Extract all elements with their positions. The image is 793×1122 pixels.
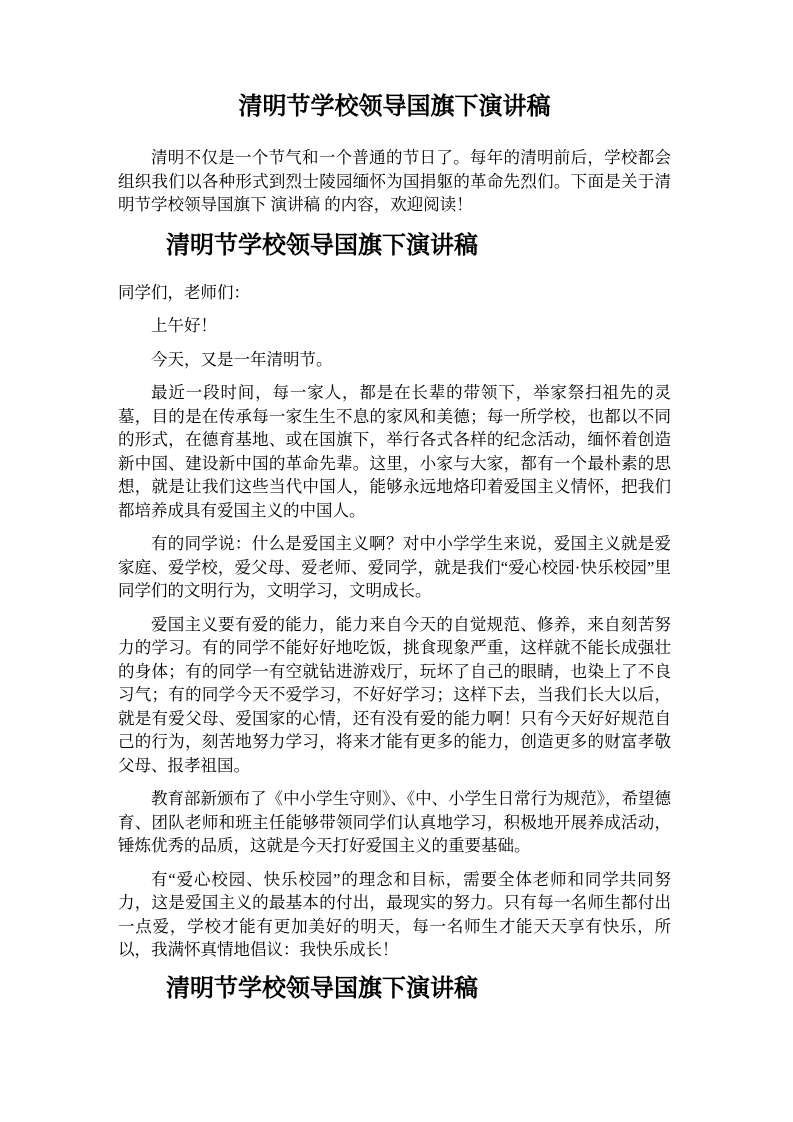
- closing-heading: 清明节学校领导国旗下演讲稿: [118, 972, 671, 1006]
- intro-paragraph: 清明不仅是一个节气和一个普通的节日了。每年的清明前后，学校都会组织我们以各种形式…: [118, 146, 671, 217]
- opening-line: 今天，又是一年清明节。: [118, 348, 671, 372]
- paragraph-family-and-school: 最近一段时间，每一家人，都是在长辈的带领下，举家祭扫祖先的灵墓，目的是在传承每一…: [118, 381, 671, 522]
- paragraph-ability-to-love: 爱国主义要有爱的能力，能力来自今天的自觉规范、修养，来自刻苦努力的学习。有的同学…: [118, 613, 671, 778]
- salutation-line: 同学们，老师们：: [118, 281, 671, 305]
- paragraph-what-is-patriotism: 有的同学说：什么是爱国主义啊？对中小学学生来说，爱国主义就是爱家庭、爱学校，爱父…: [118, 532, 671, 603]
- paragraph-ministry-rules: 教育部新颁布了《中小学生守则》、《中、小学生日常行为规范》，希望德育、团队老师和…: [118, 787, 671, 858]
- document-page: 清明节学校领导国旗下演讲稿 清明不仅是一个节气和一个普通的节日了。每年的清明前后…: [0, 0, 793, 1122]
- speech-section-heading: 清明节学校领导国旗下演讲稿: [118, 229, 671, 263]
- document-title: 清明节学校领导国旗下演讲稿: [118, 90, 671, 124]
- greeting-line: 上午好！: [118, 314, 671, 338]
- paragraph-campus-vision: 有“爱心校园、快乐校园”的理念和目标，需要全体老师和同学共同努力，这是爱国主义的…: [118, 868, 671, 962]
